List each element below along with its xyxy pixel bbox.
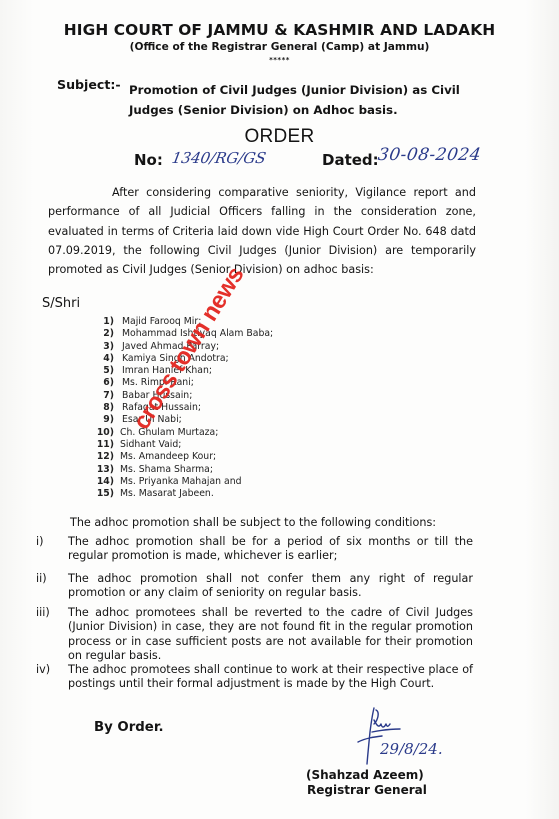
condition-numeral: i) (36, 535, 43, 549)
officer-name: Ms. Masarat Jabeen. (120, 488, 214, 500)
officer-name: Ch. Ghulam Murtaza; (120, 427, 218, 439)
intro-paragraph-text: After considering comparative seniority,… (48, 186, 476, 276)
condition-text: The adhoc promotion shall be for a perio… (68, 535, 473, 564)
separator-stars: ***** (0, 56, 559, 64)
officer-name: Ms. Amandeep Kour; (120, 451, 216, 463)
officer-number: 14) (76, 476, 122, 488)
list-item: 13)Ms. Shama Sharma; (76, 464, 273, 476)
officer-number: 7) (76, 390, 122, 402)
officer-number: 1) (76, 316, 122, 328)
officer-name: Ms. Shama Sharma; (120, 464, 213, 476)
intro-paragraph: After considering comparative seniority,… (48, 183, 476, 279)
court-title: HIGH COURT OF JAMMU & KASHMIR AND LADAKH (0, 21, 559, 39)
subject-text: Promotion of Civil Judges (Junior Divisi… (129, 80, 499, 120)
list-item: 9)Esar Ul Nabi; (76, 414, 273, 426)
condition-numeral: iv) (36, 663, 50, 677)
officer-number: 3) (76, 341, 122, 353)
list-item: 10)Ch. Ghulam Murtaza; (76, 427, 273, 439)
officer-number: 4) (76, 353, 122, 365)
officer-number: 9) (76, 414, 122, 426)
list-item: 15)Ms. Masarat Jabeen. (76, 488, 273, 500)
condition-text: The adhoc promotees shall be reverted to… (68, 606, 473, 664)
document-page: HIGH COURT OF JAMMU & KASHMIR AND LADAKH… (0, 0, 559, 819)
officer-number: 10) (76, 427, 122, 439)
officer-number: 12) (76, 451, 122, 463)
officer-name: Sidhant Vaid; (120, 439, 181, 451)
order-date-value: 30-08-2024 (377, 145, 483, 165)
condition-text: The adhoc promotees shall continue to wo… (68, 663, 473, 692)
order-date-label: Dated: (322, 151, 379, 169)
condition-text: The adhoc promotion shall not confer the… (68, 572, 473, 601)
officer-number: 2) (76, 328, 122, 340)
officer-number: 5) (76, 365, 122, 377)
condition-numeral: ii) (36, 572, 47, 586)
list-item: 12)Ms. Amandeep Kour; (76, 451, 273, 463)
signatory-title: Registrar General (307, 783, 427, 797)
officer-number: 13) (76, 464, 122, 476)
signature: 29/8/24. (352, 702, 472, 768)
office-subtitle: (Office of the Registrar General (Camp) … (0, 41, 559, 53)
order-number-label: No: (134, 151, 163, 169)
conditions-intro: The adhoc promotion shall be subject to … (70, 516, 436, 529)
subject-label: Subject:- (57, 77, 121, 92)
officer-name: Ms. Priyanka Mahajan and (120, 476, 242, 488)
officer-number: 11) (76, 439, 122, 451)
list-item: 2)Mohammad Ishtiyaq Alam Baba; (76, 328, 273, 340)
signature-scribble-icon: 29/8/24. (352, 702, 472, 768)
signature-date: 29/8/24. (379, 740, 443, 758)
officer-number: 6) (76, 377, 122, 389)
signatory-name: (Shahzad Azeem) (306, 768, 424, 782)
list-item: 1)Majid Farooq Mir; (76, 316, 273, 328)
officer-number: 15) (76, 488, 122, 500)
officer-number: 8) (76, 402, 122, 414)
order-number-value: 1340/RG/GS (170, 149, 267, 167)
list-item: 14)Ms. Priyanka Mahajan and (76, 476, 273, 488)
list-item: 11)Sidhant Vaid; (76, 439, 273, 451)
salutation: S/Shri (42, 296, 80, 311)
by-order: By Order. (94, 720, 164, 735)
list-item: 8)Rafaqat Hussain; (76, 402, 273, 414)
condition-numeral: iii) (36, 606, 50, 620)
